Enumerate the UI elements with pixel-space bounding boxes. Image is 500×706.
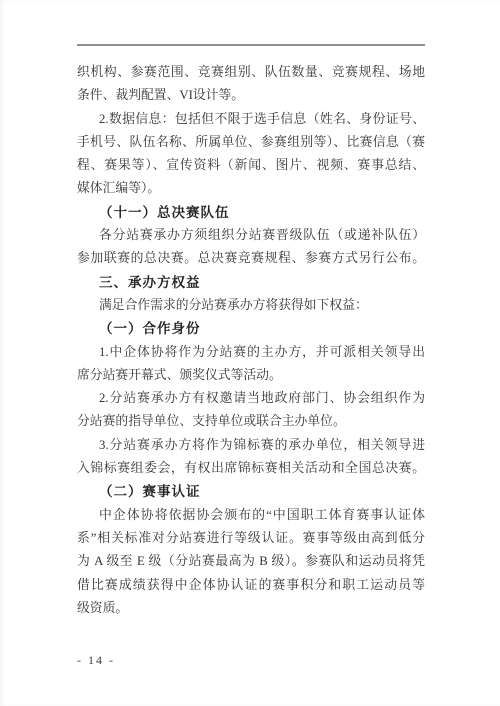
heading-line: （二）赛事认证 xyxy=(77,480,425,503)
heading-line: 三、承办方权益 xyxy=(77,271,425,294)
heading-line: （一）合作身份 xyxy=(77,317,425,340)
heading-line: （十一）总决赛队伍 xyxy=(77,201,425,224)
document-page: 织机构、参赛范围、竞赛组别、队伍数量、竞赛规程、场地条件、裁判配置、VI设计等。… xyxy=(0,0,500,706)
text-line: 织机构、参赛范围、竞赛组别、队伍数量、竞赛规程、场地 xyxy=(77,61,425,84)
text-line: 1.中企体协将作为分站赛的主办方，并可派相关领导出 xyxy=(77,341,425,364)
text-line: 借比赛成绩获得中企体协认证的赛事积分和职工运动员等 xyxy=(77,574,425,597)
text-line: 3.分站赛承办方将作为锦标赛的承办单位，相关领导进 xyxy=(77,434,425,457)
text-line: 分站赛的指导单位、支持单位或联合主办单位。 xyxy=(77,410,425,433)
text-line: 手机号、队伍名称、所属单位、参赛组别等）、比赛信息（赛 xyxy=(77,131,425,154)
text-line: 级资质。 xyxy=(77,597,425,620)
page-number: - 14 - xyxy=(77,653,115,668)
document-body: 织机构、参赛范围、竞赛组别、队伍数量、竞赛规程、场地条件、裁判配置、VI设计等。… xyxy=(77,61,425,620)
text-line: 程、赛果等）、宣传资料（新闻、图片、视频、赛事总结、 xyxy=(77,154,425,177)
text-line: 参加联赛的总决赛。总决赛竞赛规程、参赛方式另行公布。 xyxy=(77,247,425,270)
text-line: 2.数据信息：包括但不限于选手信息（姓名、身份证号、 xyxy=(77,108,425,131)
text-line: 席分站赛开幕式、颁奖仪式等活动。 xyxy=(77,364,425,387)
text-line: 中企体协将依据协会颁布的“中国职工体育赛事认证体 xyxy=(77,504,425,527)
text-line: 为 A 级至 E 级（分站赛最高为 B 级）。参赛队和运动员将凭 xyxy=(77,550,425,573)
text-line: 入锦标赛组委会，有权出席锦标赛相关活动和全国总决赛。 xyxy=(77,457,425,480)
text-line: 2.分站赛承办方有权邀请当地政府部门、协会组织作为 xyxy=(77,387,425,410)
text-line: 各分站赛承办方须组织分站赛晋级队伍（或递补队伍） xyxy=(77,224,425,247)
text-line: 媒体汇编等）。 xyxy=(77,177,425,200)
header-divider xyxy=(77,44,425,46)
text-line: 满足合作需求的分站赛承办方将获得如下权益： xyxy=(77,294,425,317)
text-line: 条件、裁判配置、VI设计等。 xyxy=(77,84,425,107)
text-line: 系”相关标准对分站赛进行等级认证。赛事等级由高到低分 xyxy=(77,527,425,550)
